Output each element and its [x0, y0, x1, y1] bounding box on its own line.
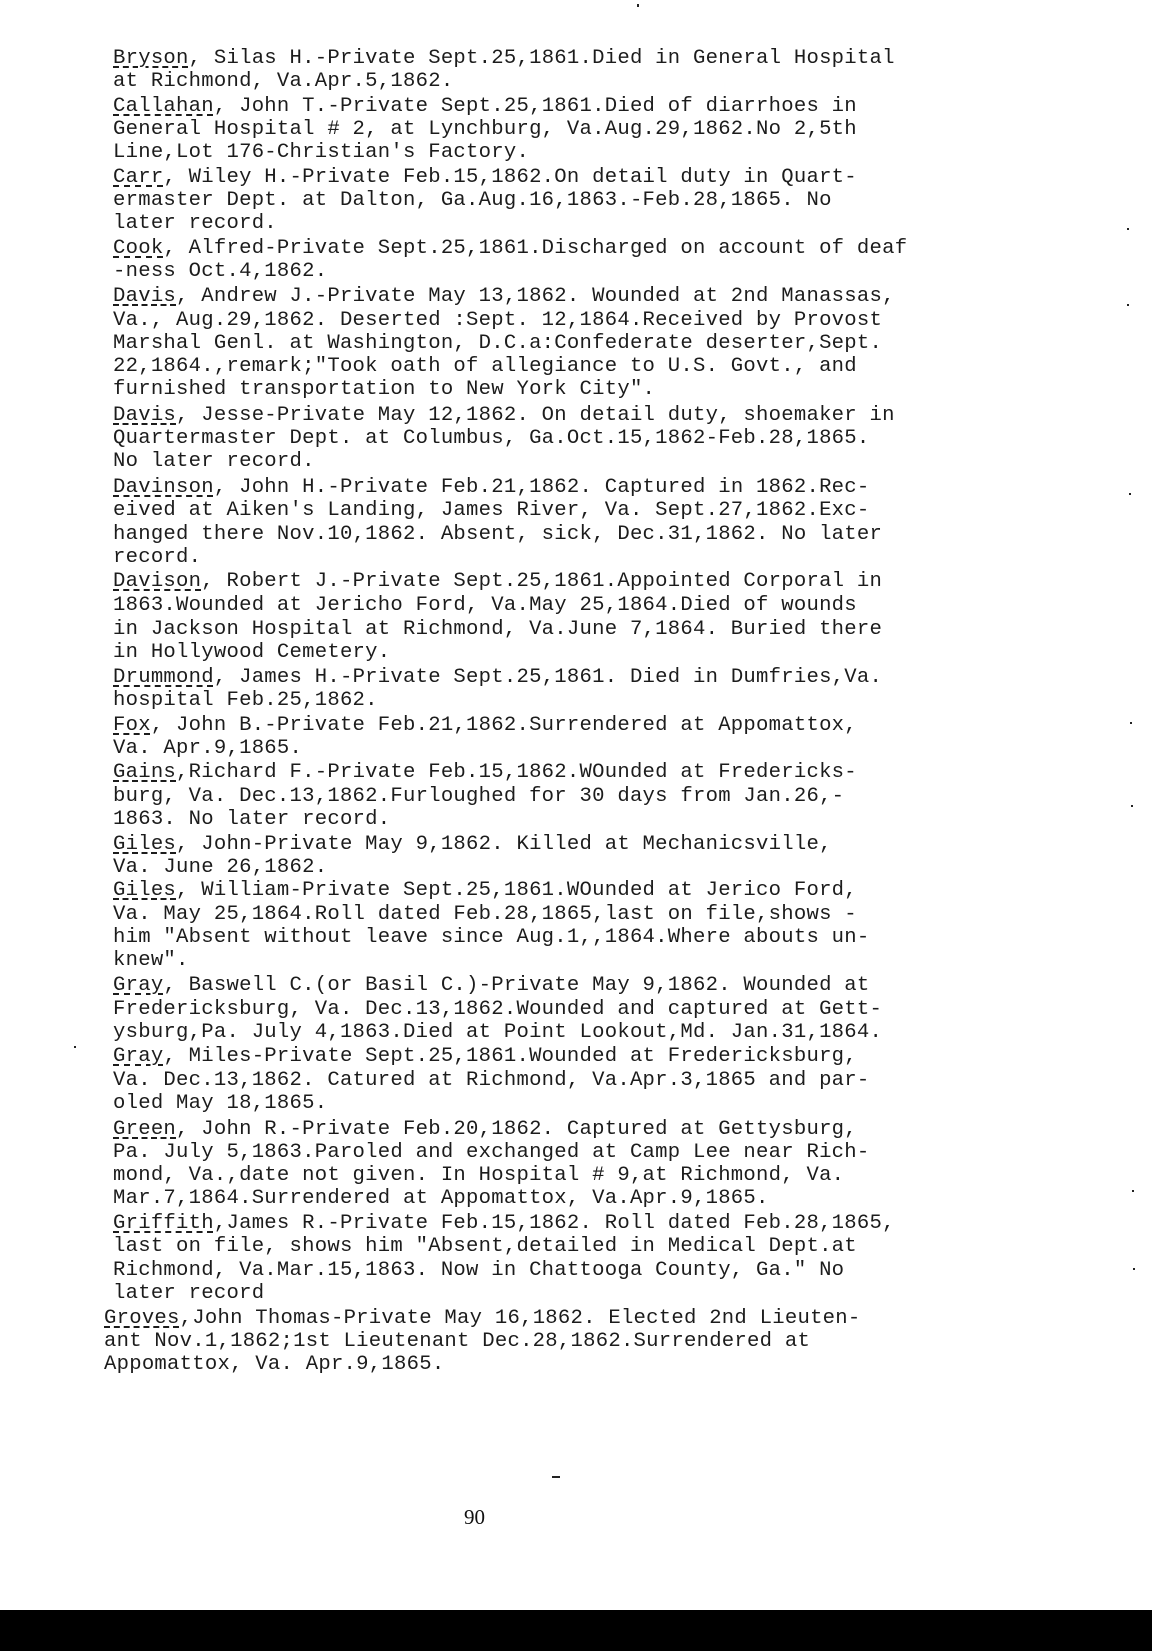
entry-text: , Andrew J.-Private May 13,1862. Wounded… — [176, 285, 895, 308]
soldier-surname: Davis — [113, 404, 176, 427]
entry-text: , Baswell C.(or Basil C.)-Private May 9,… — [163, 974, 869, 997]
entry-first-line: Davis, Jesse-Private May 12,1862. On det… — [113, 404, 895, 428]
soldier-surname: Carr — [113, 166, 163, 189]
scan-speck — [1127, 304, 1129, 306]
soldier-surname: Groves — [104, 1307, 180, 1330]
entry-text: , John B.-Private Feb.21,1862.Surrendere… — [151, 714, 857, 737]
entry-continuation-line: Mar.7,1864.Surrendered at Appomattox, Va… — [113, 1187, 769, 1211]
entry-continuation-line: ant Nov.1,1862;1st Lieutenant Dec.28,186… — [104, 1330, 810, 1354]
entry-text: , John T.-Private Sept.25,1861.Died of d… — [214, 95, 857, 118]
entry-text: , Jesse-Private May 12,1862. On detail d… — [176, 404, 895, 427]
soldier-surname: Davinson — [113, 476, 214, 499]
soldier-surname: Bryson — [113, 47, 189, 70]
entry-continuation-line: later record — [113, 1282, 264, 1306]
entry-first-line: Davis, Andrew J.-Private May 13,1862. Wo… — [113, 285, 895, 309]
entry-continuation-line: oled May 18,1865. — [113, 1092, 327, 1116]
scan-speck — [1132, 1190, 1134, 1192]
entry-first-line: Gray, Miles-Private Sept.25,1861.Wounded… — [113, 1045, 857, 1069]
entry-continuation-line: Va. Dec.13,1862. Catured at Richmond, Va… — [113, 1069, 870, 1093]
entry-continuation-line: No later record. — [113, 450, 315, 474]
soldier-surname: Giles — [113, 833, 176, 856]
scanned-document-page: Bryson, Silas H.-Private Sept.25,1861.Di… — [0, 0, 1152, 1651]
entry-text: , Silas H.-Private Sept.25,1861.Died in … — [189, 47, 895, 70]
entry-continuation-line: at Richmond, Va.Apr.5,1862. — [113, 70, 453, 94]
scan-speck — [1127, 228, 1129, 230]
entry-text: ,James R.-Private Feb.15,1862. Roll date… — [214, 1212, 895, 1235]
soldier-surname: Green — [113, 1118, 176, 1141]
soldier-surname: Davis — [113, 285, 176, 308]
scan-border-bar — [0, 1610, 1152, 1651]
entry-first-line: Drummond, James H.-Private Sept.25,1861.… — [113, 666, 882, 690]
entry-text: , Robert J.-Private Sept.25,1861.Appoint… — [201, 570, 882, 593]
scan-speck — [637, 4, 639, 7]
entry-first-line: Fox, John B.-Private Feb.21,1862.Surrend… — [113, 714, 857, 738]
scan-speck — [1131, 805, 1133, 807]
entry-first-line: Gains,Richard F.-Private Feb.15,1862.WOu… — [113, 761, 857, 785]
entry-first-line: Davinson, John H.-Private Feb.21,1862. C… — [113, 476, 870, 500]
entry-text: , John-Private May 9,1862. Killed at Mec… — [176, 833, 832, 856]
soldier-surname: Fox — [113, 714, 151, 737]
soldier-surname: Drummond — [113, 666, 214, 689]
entry-first-line: Green, John R.-Private Feb.20,1862. Capt… — [113, 1118, 857, 1142]
soldier-surname: Griffith — [113, 1212, 214, 1235]
entry-first-line: Davison, Robert J.-Private Sept.25,1861.… — [113, 570, 882, 594]
entry-continuation-line: Va. June 26,1862. — [113, 856, 327, 880]
scan-speck — [1130, 722, 1132, 724]
entry-first-line: Groves,John Thomas-Private May 16,1862. … — [104, 1307, 861, 1331]
page-number: 90 — [464, 1505, 485, 1530]
entry-first-line: Cook, Alfred-Private Sept.25,1861.Discha… — [113, 237, 907, 261]
entry-continuation-line: -ness Oct.4,1862. — [113, 260, 327, 284]
entry-continuation-line: General Hospital # 2, at Lynchburg, Va.A… — [113, 118, 857, 142]
entry-continuation-line: ermaster Dept. at Dalton, Ga.Aug.16,1863… — [113, 189, 832, 213]
entry-continuation-line: later record. — [113, 212, 277, 236]
entry-continuation-line: 1863.Wounded at Jericho Ford, Va.May 25,… — [113, 594, 857, 618]
entry-text: , Wiley H.-Private Feb.15,1862.On detail… — [163, 166, 856, 189]
entry-continuation-line: hospital Feb.25,1862. — [113, 689, 378, 713]
entry-continuation-line: eived at Aiken's Landing, James River, V… — [113, 499, 870, 523]
soldier-surname: Cook — [113, 237, 163, 260]
entry-continuation-line: last on file, shows him "Absent,detailed… — [113, 1235, 857, 1259]
scan-speck — [552, 1476, 560, 1478]
entry-text: , Miles-Private Sept.25,1861.Wounded at … — [163, 1045, 856, 1068]
entry-first-line: Bryson, Silas H.-Private Sept.25,1861.Di… — [113, 47, 895, 71]
entry-continuation-line: Line,Lot 176-Christian's Factory. — [113, 141, 529, 165]
entry-first-line: Griffith,James R.-Private Feb.15,1862. R… — [113, 1212, 895, 1236]
entry-first-line: Giles, William-Private Sept.25,1861.WOun… — [113, 879, 857, 903]
entry-continuation-line: Marshal Genl. at Washington, D.C.a:Confe… — [113, 332, 882, 356]
entry-first-line: Gray, Baswell C.(or Basil C.)-Private Ma… — [113, 974, 870, 998]
soldier-surname: Callahan — [113, 95, 214, 118]
entry-continuation-line: Richmond, Va.Mar.15,1863. Now in Chattoo… — [113, 1259, 844, 1283]
soldier-surname: Gray — [113, 974, 163, 997]
scan-speck — [1129, 493, 1131, 495]
soldier-surname: Giles — [113, 879, 176, 902]
scan-speck — [1133, 1268, 1135, 1270]
entry-text: , William-Private Sept.25,1861.WOunded a… — [176, 879, 857, 902]
entry-continuation-line: furnished transportation to New York Cit… — [113, 378, 655, 402]
entry-continuation-line: ysburg,Pa. July 4,1863.Died at Point Loo… — [113, 1021, 882, 1045]
entry-text: ,John Thomas-Private May 16,1862. Electe… — [180, 1307, 861, 1330]
scan-speck — [74, 1046, 76, 1048]
entry-continuation-line: 22,1864.,remark;"Took oath of allegiance… — [113, 355, 857, 379]
entry-text: , Alfred-Private Sept.25,1861.Discharged… — [163, 237, 907, 260]
entry-text: , James H.-Private Sept.25,1861. Died in… — [214, 666, 882, 689]
soldier-surname: Gray — [113, 1045, 163, 1068]
entry-continuation-line: burg, Va. Dec.13,1862.Furloughed for 30 … — [113, 785, 844, 809]
entry-text: ,Richard F.-Private Feb.15,1862.WOunded … — [176, 761, 857, 784]
entry-continuation-line: Va., Aug.29,1862. Deserted :Sept. 12,186… — [113, 309, 882, 333]
entry-first-line: Carr, Wiley H.-Private Feb.15,1862.On de… — [113, 166, 857, 190]
entry-continuation-line: Fredericksburg, Va. Dec.13,1862.Wounded … — [113, 998, 882, 1022]
entry-continuation-line: in Jackson Hospital at Richmond, Va.June… — [113, 618, 882, 642]
entry-continuation-line: 1863. No later record. — [113, 808, 390, 832]
entry-continuation-line: knew". — [113, 949, 189, 973]
entry-continuation-line: in Hollywood Cemetery. — [113, 641, 390, 665]
entry-continuation-line: him "Absent without leave since Aug.1,,1… — [113, 926, 870, 950]
soldier-surname: Gains — [113, 761, 176, 784]
entry-continuation-line: Va. Apr.9,1865. — [113, 737, 302, 761]
entry-continuation-line: mond, Va.,date not given. In Hospital # … — [113, 1164, 844, 1188]
entry-first-line: Giles, John-Private May 9,1862. Killed a… — [113, 833, 832, 857]
entry-continuation-line: Va. May 25,1864.Roll dated Feb.28,1865,l… — [113, 903, 857, 927]
entry-first-line: Callahan, John T.-Private Sept.25,1861.D… — [113, 95, 857, 119]
entry-text: , John R.-Private Feb.20,1862. Captured … — [176, 1118, 857, 1141]
entry-continuation-line: record. — [113, 546, 201, 570]
entry-continuation-line: hanged there Nov.10,1862. Absent, sick, … — [113, 523, 882, 547]
entry-continuation-line: Quartermaster Dept. at Columbus, Ga.Oct.… — [113, 427, 870, 451]
soldier-surname: Davison — [113, 570, 201, 593]
entry-text: , John H.-Private Feb.21,1862. Captured … — [214, 476, 870, 499]
entry-continuation-line: Pa. July 5,1863.Paroled and exchanged at… — [113, 1141, 870, 1165]
entry-continuation-line: Appomattox, Va. Apr.9,1865. — [104, 1353, 444, 1377]
